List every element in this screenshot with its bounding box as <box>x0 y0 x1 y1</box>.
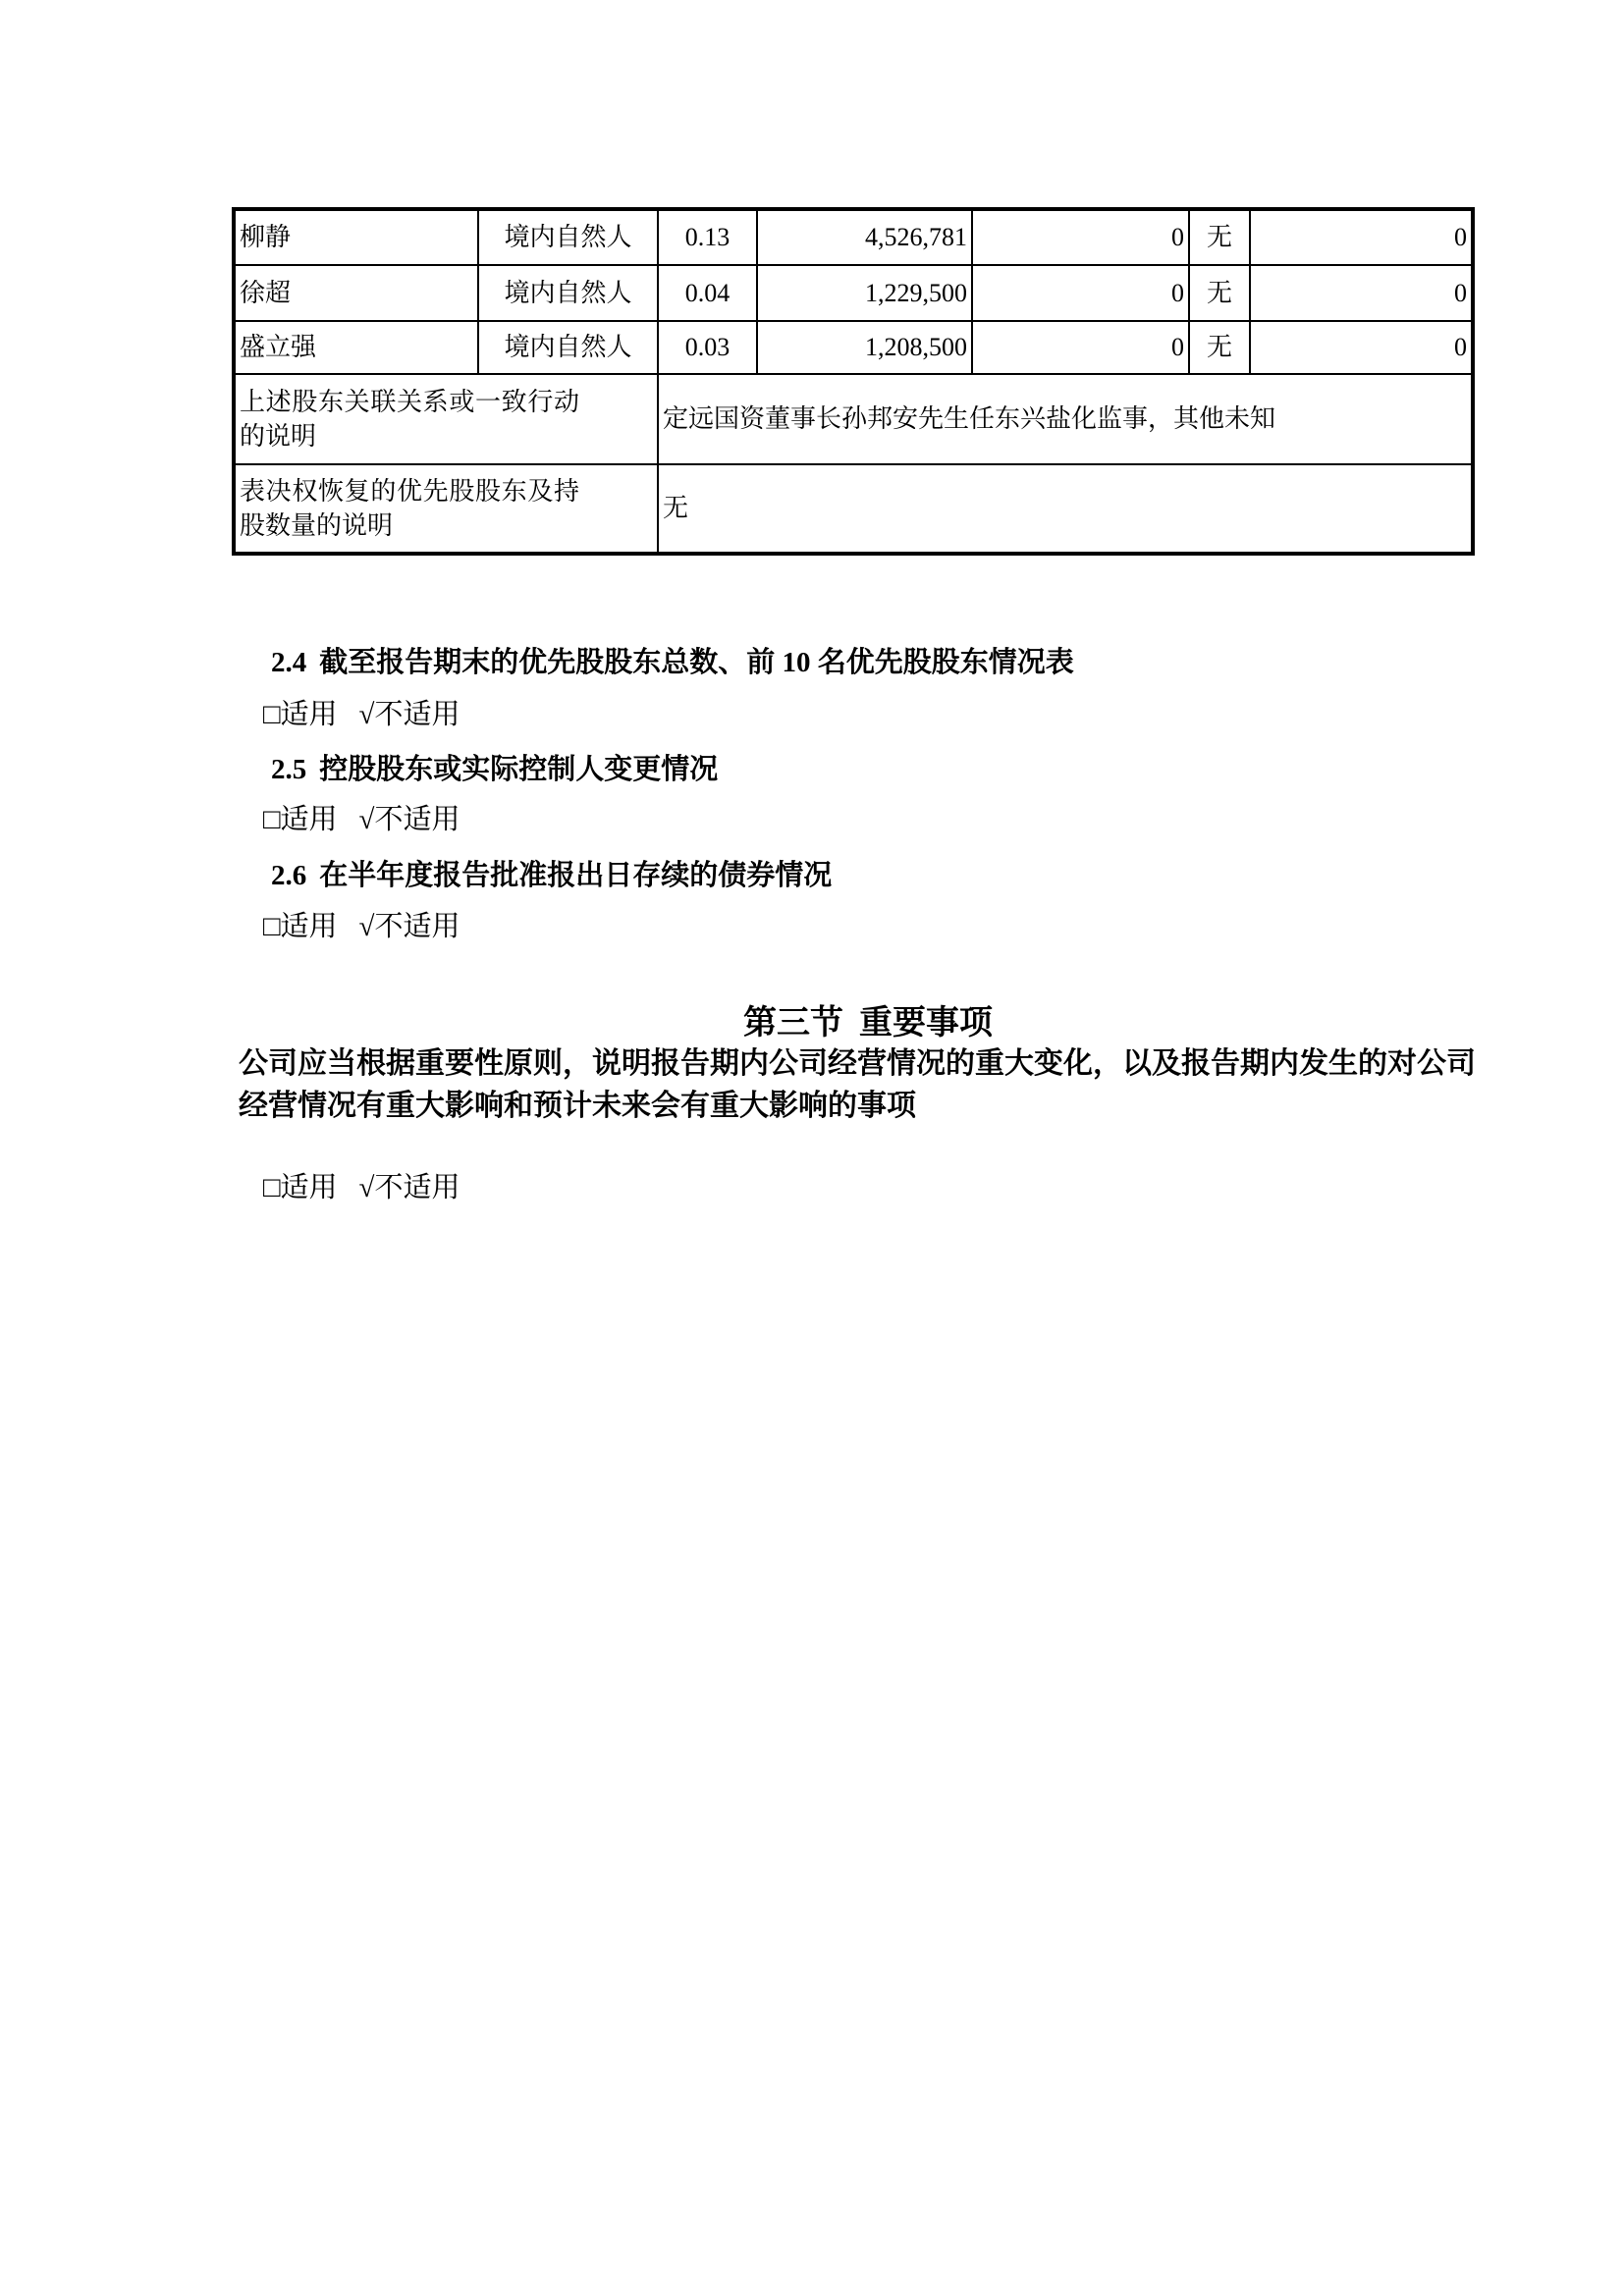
shareholder-table: 柳静 境内自然人 0.13 4,526,781 0 无 0 徐超 境内自然人 0… <box>232 207 1475 556</box>
important-matters-paragraph: 公司应当根据重要性原则，说明报告期内公司经营情况的重大变化，以及报告期内发生的对… <box>239 1042 1486 1127</box>
cell-shares-held: 4,526,781 <box>757 209 972 265</box>
cell-relationship-note-label: 上述股东关联关系或一致行动的说明 <box>234 374 658 464</box>
cell-pledge-status: 无 <box>1189 321 1250 374</box>
cell-shareholder-nature: 境内自然人 <box>478 265 658 321</box>
cell-holding-ratio: 0.03 <box>658 321 757 374</box>
checkbox-not-applicable: √不适用 <box>359 911 460 942</box>
table-row: 表决权恢复的优先股股东及持股数量的说明 无 <box>234 464 1473 554</box>
cell-shareholder-name: 徐超 <box>234 265 478 321</box>
cell-restricted-shares: 0 <box>972 265 1189 321</box>
cell-pledge-count: 0 <box>1250 209 1473 265</box>
table-row: 柳静 境内自然人 0.13 4,526,781 0 无 0 <box>234 209 1473 265</box>
cell-shareholder-nature: 境内自然人 <box>478 321 658 374</box>
cell-relationship-note-value: 定远国资董事长孙邦安先生任东兴盐化监事，其他未知 <box>658 374 1473 464</box>
note-label-text: 上述股东关联关系或一致行动的说明 <box>240 385 579 454</box>
checkbox-applicable: □适用 <box>263 1172 338 1203</box>
cell-holding-ratio: 0.13 <box>658 209 757 265</box>
applicability-line: □适用√不适用 <box>235 1129 460 1247</box>
chapter-title: 重要事项 <box>859 1005 993 1041</box>
cell-pledge-status: 无 <box>1189 265 1250 321</box>
cell-holding-ratio: 0.04 <box>658 265 757 321</box>
note-label-text: 表决权恢复的优先股股东及持股数量的说明 <box>240 474 579 543</box>
cell-pledge-count: 0 <box>1250 321 1473 374</box>
checkbox-not-applicable: √不适用 <box>359 1172 460 1203</box>
chapter-number: 第三节 <box>743 1005 843 1041</box>
cell-pledge-status: 无 <box>1189 209 1250 265</box>
cell-restricted-shares: 0 <box>972 209 1189 265</box>
table-row: 盛立强 境内自然人 0.03 1,208,500 0 无 0 <box>234 321 1473 374</box>
cell-shareholder-name: 盛立强 <box>234 321 478 374</box>
table-row: 徐超 境内自然人 0.04 1,229,500 0 无 0 <box>234 265 1473 321</box>
cell-preferred-note-label: 表决权恢复的优先股股东及持股数量的说明 <box>234 464 658 554</box>
checkbox-applicable: □适用 <box>263 911 338 942</box>
cell-shares-held: 1,208,500 <box>757 321 972 374</box>
cell-preferred-note-value: 无 <box>658 464 1473 554</box>
report-page: 柳静 境内自然人 0.13 4,526,781 0 无 0 徐超 境内自然人 0… <box>0 0 1624 2296</box>
cell-restricted-shares: 0 <box>972 321 1189 374</box>
cell-pledge-count: 0 <box>1250 265 1473 321</box>
cell-shareholder-nature: 境内自然人 <box>478 209 658 265</box>
cell-shareholder-name: 柳静 <box>234 209 478 265</box>
table-row: 上述股东关联关系或一致行动的说明 定远国资董事长孙邦安先生任东兴盐化监事，其他未… <box>234 374 1473 464</box>
cell-shares-held: 1,229,500 <box>757 265 972 321</box>
